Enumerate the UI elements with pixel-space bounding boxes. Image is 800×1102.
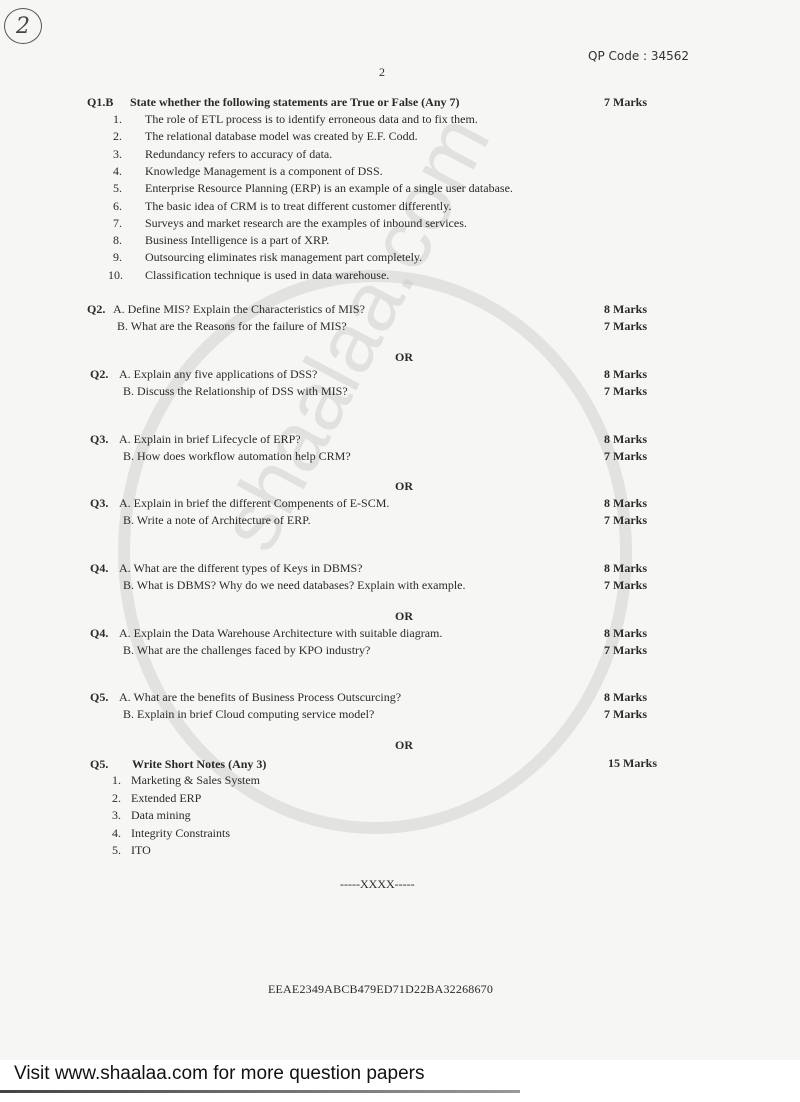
or-separator: OR [395,350,413,365]
part-b-marks: 7 Marks [604,513,647,528]
note-number: 4. [112,826,121,840]
question-part-b: B. Explain in brief Cloud computing serv… [123,707,374,721]
statement-text: Business Intelligence is a part of XRP. [145,233,329,247]
note-text: Data mining [131,808,191,822]
handwritten-page-mark: 2 [4,8,42,44]
part-a-marks: 8 Marks [604,302,647,317]
part-b-marks: 7 Marks [604,384,647,399]
statement-number: 7. [113,216,122,230]
footer-divider [0,1090,520,1093]
part-b-marks: 7 Marks [604,707,647,722]
statement-number: 10. [108,268,123,282]
question-label: Q4. [90,561,108,575]
question-part-a: A. What are the benefits of Business Pro… [119,690,401,704]
q1b-label: Q1.B [87,95,113,109]
note-text: Extended ERP [131,791,201,805]
or-separator: OR [395,738,413,753]
question-label: Q3. [90,432,108,446]
statement-text: The relational database model was create… [145,129,418,143]
statement-text: The role of ETL process is to identify e… [145,112,478,126]
statement-number: 1. [113,112,122,126]
question-part-b: B. What are the challenges faced by KPO … [123,643,370,657]
question-part-b: B. Write a note of Architecture of ERP. [123,513,311,527]
page-number: 2 [379,65,385,80]
note-text: ITO [131,843,151,857]
statement-number: 2. [113,129,122,143]
qp-code: QP Code : 34562 [588,49,689,63]
note-number: 5. [112,843,121,857]
question-label: Q2. [90,367,108,381]
statement-number: 6. [113,199,122,213]
note-number: 3. [112,808,121,822]
question-label: Q3. [90,496,108,510]
part-a-marks: 8 Marks [604,432,647,447]
end-marker: -----XXXX----- [340,877,415,892]
statement-text: Outsourcing eliminates risk management p… [145,250,422,264]
question-part-b: B. What are the Reasons for the failure … [117,319,347,333]
or-separator: OR [395,479,413,494]
statement-text: The basic idea of CRM is to treat differ… [145,199,451,213]
q5-short-marks: 15 Marks [608,756,657,771]
note-number: 1. [112,773,121,787]
question-part-a: A. Explain any five applications of DSS? [119,367,317,381]
question-part-a: A. What are the different types of Keys … [119,561,363,575]
question-label: Q2. [87,302,105,316]
part-b-marks: 7 Marks [604,449,647,464]
part-a-marks: 8 Marks [604,561,647,576]
part-a-marks: 8 Marks [604,367,647,382]
q1b-marks: 7 Marks [604,95,647,110]
question-part-a: A. Define MIS? Explain the Characteristi… [113,302,365,316]
question-part-b: B. How does workflow automation help CRM… [123,449,351,463]
note-number: 2. [112,791,121,805]
q5-short-label: Q5. [90,757,108,771]
part-a-marks: 8 Marks [604,626,647,641]
note-text: Integrity Constraints [131,826,230,840]
statement-number: 4. [113,164,122,178]
statement-number: 8. [113,233,122,247]
question-part-a: A. Explain the Data Warehouse Architectu… [119,626,442,640]
question-paper-page: shaalaa.com 2 QP Code : 34562 2 Q1.B Sta… [0,0,800,1060]
note-text: Marketing & Sales System [131,773,260,787]
statement-text: Enterprise Resource Planning (ERP) is an… [145,181,513,195]
statement-text: Redundancy refers to accuracy of data. [145,147,332,161]
q1b-title: State whether the following statements a… [130,95,460,109]
question-part-a: A. Explain in brief the different Compen… [119,496,389,510]
question-part-a: A. Explain in brief Lifecycle of ERP? [119,432,301,446]
part-b-marks: 7 Marks [604,578,647,593]
q5-short-title: Write Short Notes (Any 3) [132,757,266,771]
or-separator: OR [395,609,413,624]
statement-number: 5. [113,181,122,195]
question-part-b: B. Discuss the Relationship of DSS with … [123,384,348,398]
footer-promo-text: Visit www.shaalaa.com for more question … [14,1063,424,1085]
statement-number: 3. [113,147,122,161]
answer-code: EEAE2349ABCB479ED71D22BA32268670 [268,982,493,997]
statement-text: Knowledge Management is a component of D… [145,164,383,178]
part-b-marks: 7 Marks [604,319,647,334]
question-label: Q5. [90,690,108,704]
question-part-b: B. What is DBMS? Why do we need database… [123,578,465,592]
statement-text: Classification technique is used in data… [145,268,389,282]
statement-number: 9. [113,250,122,264]
statement-text: Surveys and market research are the exam… [145,216,467,230]
part-b-marks: 7 Marks [604,643,647,658]
part-a-marks: 8 Marks [604,690,647,705]
question-label: Q4. [90,626,108,640]
part-a-marks: 8 Marks [604,496,647,511]
